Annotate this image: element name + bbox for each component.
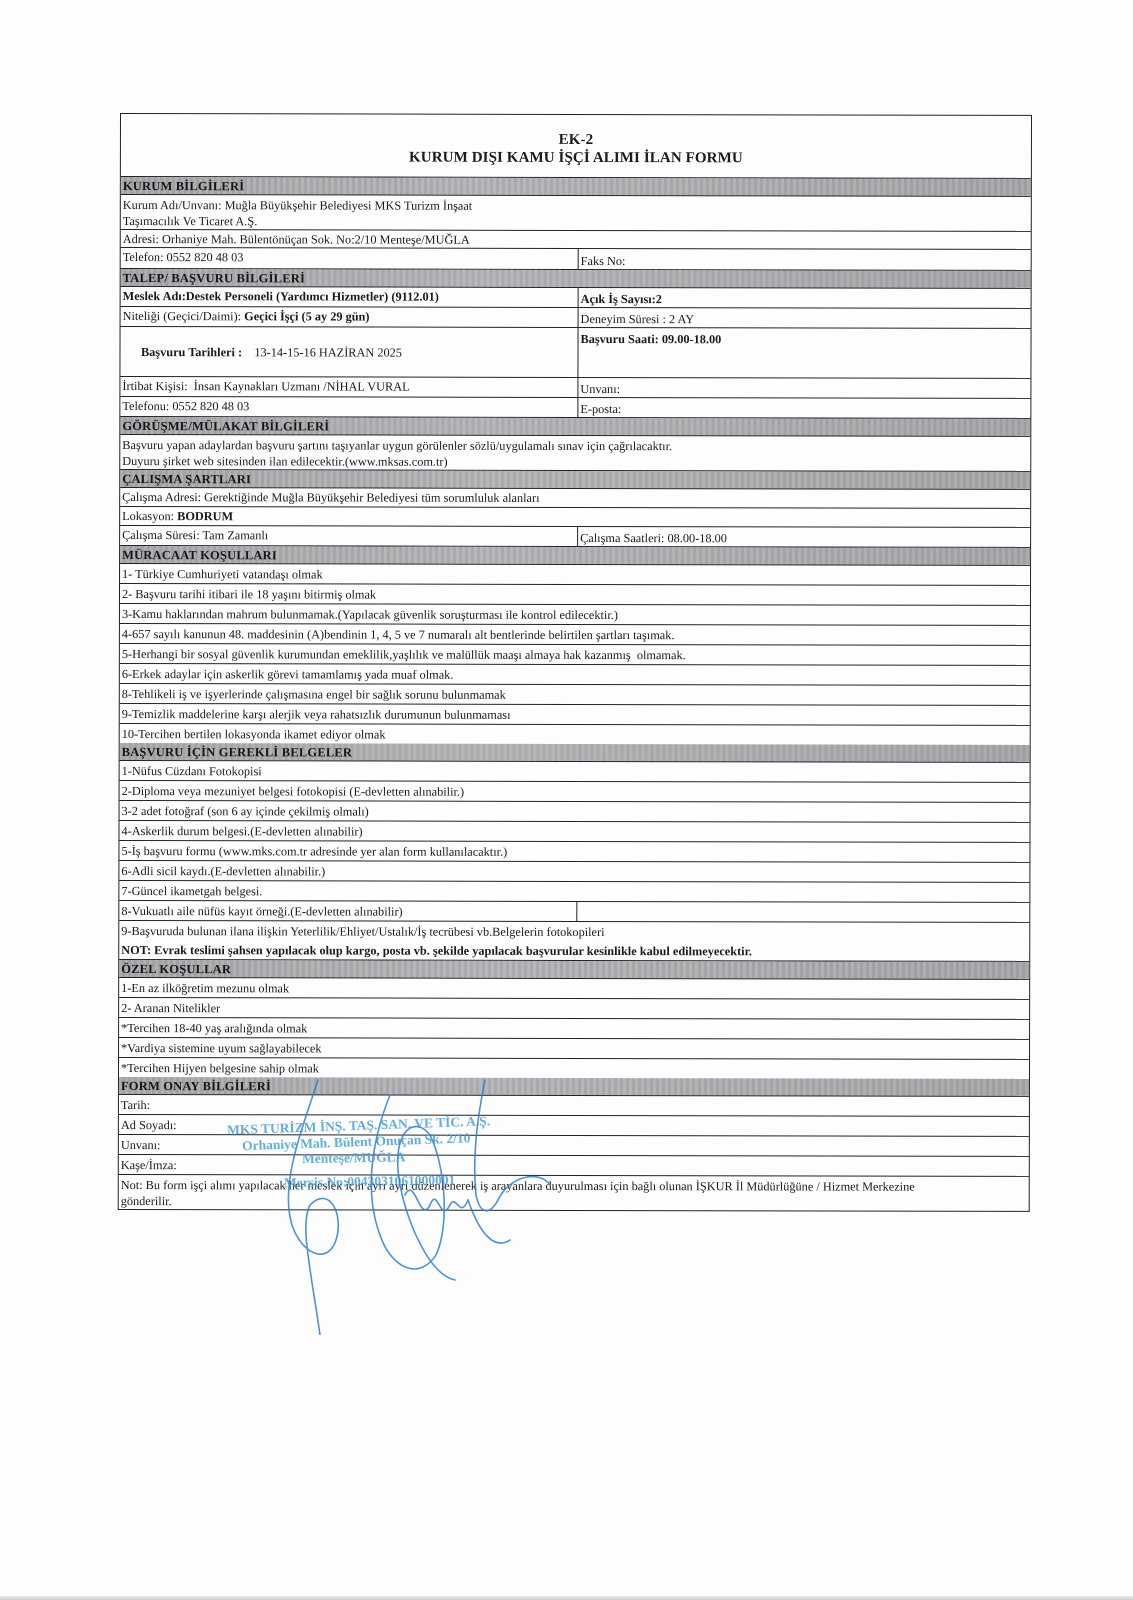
location-label: Lokasyon: — [122, 509, 177, 523]
list-item-text: 7-Güncel ikametgah belgesi. — [119, 881, 1029, 902]
talep-row: Telefonu: 0552 820 48 03 E-posta: — [120, 397, 1030, 419]
condition-row: 4-657 sayılı kanunun 48. maddesinin (A)b… — [120, 624, 1030, 646]
job-posting-form: EK-2 KURUM DIŞI KAMU İŞÇİ ALIMI İLAN FOR… — [118, 113, 1032, 1212]
condition-row: 9-Temizlik maddelerine karşı alerjik vey… — [120, 704, 1030, 726]
list-item-text: 6-Erkek adaylar için askerlik görevi tam… — [120, 664, 1030, 685]
section-title: MÜRACAAT KOŞULLARI — [120, 546, 1030, 565]
nature-value: Geçici İşçi (5 ay 29 gün) — [244, 309, 369, 323]
condition-row: 1- Türkiye Cumhuriyeti vatandaşı olmak — [120, 564, 1030, 586]
contact-email: E-posta: — [578, 398, 1030, 418]
approval-name-row: Ad Soyadı: — [119, 1115, 1029, 1137]
approval-name: Ad Soyadı: — [119, 1115, 1029, 1136]
documents-note: NOT: Evrak teslimi şahsen yapılacak olup… — [119, 940, 1029, 961]
section-title: BAŞVURU İÇİN GEREKLİ BELGELER — [120, 743, 1030, 762]
work-address-row: Çalışma Adresi: Gerektiğinde Muğla Büyük… — [120, 488, 1030, 509]
section-onay: FORM ONAY BİLGİLERİ — [119, 1077, 1029, 1097]
location-row: Lokasyon: BODRUM — [120, 507, 1030, 528]
list-item-text: 4-Askerlik durum belgesi.(E-devletten al… — [119, 821, 1029, 842]
work-time-row: Çalışma Süresi: Tam Zamanlı Çalışma Saat… — [120, 526, 1030, 548]
kurum-fax: Faks No: — [579, 249, 1031, 270]
work-duration: Çalışma Süresi: Tam Zamanlı — [120, 526, 578, 546]
special-condition-row: 1-En az ilköğretim mezunu olmak — [119, 978, 1029, 1000]
approval-seal-row: Kaşe/İmza: — [119, 1155, 1029, 1177]
application-dates-label: Başvuru Tarihleri : — [141, 345, 245, 359]
section-talep: TALEP/ BAŞVURU BİLGİLERİ — [121, 269, 1031, 289]
special-condition-row: *Tercihen 18-40 yaş aralığında olmak — [119, 1018, 1029, 1040]
section-kurum: KURUM BİLGİLERİ — [121, 177, 1031, 197]
list-item-text: 4-657 sayılı kanunun 48. maddesinin (A)b… — [120, 624, 1030, 645]
document-row: 5-İş başvuru formu (www.mks.com.tr adres… — [119, 841, 1029, 863]
list-item-text: *Tercihen Hijyen belgesine sahip olmak — [119, 1058, 1029, 1079]
kurum-name-line2: Taşımacılık Ve Ticaret A.Ş. — [123, 213, 1029, 231]
approval-footer-row: Not: Bu form işçi alımı yapılacak her me… — [119, 1175, 1029, 1211]
list-item-text: 1-En az ilköğretim mezunu olmak — [119, 978, 1029, 999]
list-item-text: 8-Vukuatlı aile nüfüs kayıt örneği.(E-de… — [119, 901, 577, 921]
document-row: 3-2 adet fotoğraf (son 6 ay içinde çekil… — [120, 801, 1030, 823]
contact-phone: Telefonu: 0552 820 48 03 — [120, 397, 578, 417]
document-row: 2-Diploma veya mezuniyet belgesi fotokop… — [120, 781, 1030, 803]
application-dates-value: 13-14-15-16 HAZİRAN 2025 — [245, 345, 402, 359]
scan-edge — [0, 1596, 1133, 1600]
approval-footer-line2: gönderilir. — [121, 1193, 1027, 1211]
section-title: KURUM BİLGİLERİ — [121, 177, 1031, 196]
list-item-text: 3-Kamu haklarından mahrum bulunmamak.(Ya… — [120, 604, 1030, 625]
interview-info-line2: Duyuru şirket web sitesinden ilan edilec… — [122, 453, 1028, 471]
contact-title: Unvanı: — [578, 378, 1030, 398]
application-hours: Başvuru Saati: 09.00-18.00 — [578, 328, 1030, 378]
location-value: BODRUM — [177, 509, 233, 523]
form-title-block: EK-2 KURUM DIŞI KAMU İŞÇİ ALIMI İLAN FOR… — [121, 114, 1031, 179]
document-row: 9-Başvuruda bulunan ilana ilişkin Yeterl… — [119, 921, 1029, 942]
special-conditions-list: 1-En az ilköğretim mezunu olmak2- Aranan… — [119, 978, 1029, 1079]
approval-title: Unvanı: — [119, 1135, 1029, 1156]
list-item-text: 6-Adli sicil kaydı.(E-devletten alınabil… — [119, 861, 1029, 882]
talep-row: Başvuru Tarihleri : 13-14-15-16 HAZİRAN … — [120, 327, 1030, 379]
required-documents-list: 1-Nüfus Cüzdanı Fotokopisi2-Diploma veya… — [119, 761, 1029, 942]
kurum-phone: Telefon: 0552 820 48 03 — [121, 248, 579, 269]
form-title: KURUM DIŞI KAMU İŞÇİ ALIMI İLAN FORMU — [121, 148, 1031, 168]
annex-label: EK-2 — [121, 130, 1031, 150]
condition-row: 2- Başvuru tarihi itibari ile 18 yaşını … — [120, 584, 1030, 606]
section-belgeler: BAŞVURU İÇİN GEREKLİ BELGELER — [120, 743, 1030, 763]
talep-row: İrtibat Kişisi: İnsan Kaynakları Uzmanı … — [120, 377, 1030, 399]
list-item-text: 5-Herhangi bir sosyal güvenlik kurumunda… — [120, 644, 1030, 665]
condition-row: 3-Kamu haklarından mahrum bulunmamak.(Ya… — [120, 604, 1030, 626]
document-row: 6-Adli sicil kaydı.(E-devletten alınabil… — [119, 861, 1029, 883]
work-hours: Çalışma Saatleri: 08.00-18.00 — [578, 527, 1030, 547]
condition-row: 6-Erkek adaylar için askerlik görevi tam… — [120, 664, 1030, 686]
nature-label: Niteliği (Geçici/Daimi): — [123, 309, 245, 323]
section-title: ÖZEL KOŞULLAR — [119, 960, 1029, 979]
list-item-text: 1-Nüfus Cüzdanı Fotokopisi — [120, 761, 1030, 782]
section-muracaat: MÜRACAAT KOŞULLARI — [120, 546, 1030, 566]
approval-seal: Kaşe/İmza: — [119, 1155, 1029, 1176]
document-row: 8-Vukuatlı aile nüfüs kayıt örneği.(E-de… — [119, 901, 1029, 923]
approval-footer-line1: Not: Bu form işçi alımı yapılacak her me… — [121, 1177, 1027, 1195]
experience-duration: Deneyim Süresi : 2 AY — [579, 308, 1031, 328]
document-row: 1-Nüfus Cüzdanı Fotokopisi — [120, 761, 1030, 783]
list-item-text: 1- Türkiye Cumhuriyeti vatandaşı olmak — [120, 564, 1030, 585]
work-address: Çalışma Adresi: Gerektiğinde Muğla Büyük… — [120, 488, 1030, 508]
documents-note-row: NOT: Evrak teslimi şahsen yapılacak olup… — [119, 940, 1029, 962]
document-row: 7-Güncel ikametgah belgesi. — [119, 881, 1029, 903]
list-item-text: 9-Temizlik maddelerine karşı alerjik vey… — [120, 704, 1030, 725]
approval-date: Tarih: — [119, 1095, 1029, 1116]
talep-row: Meslek Adı:Destek Personeli (Yardımcı Hi… — [121, 287, 1031, 309]
kurum-name-row: Kurum Adı/Unvanı: Muğla Büyükşehir Beled… — [121, 195, 1031, 232]
list-item-text: 9-Başvuruda bulunan ilana ilişkin Yeterl… — [119, 921, 1029, 942]
kurum-phone-row: Telefon: 0552 820 48 03 Faks No: — [121, 248, 1031, 271]
list-item-text: *Vardiya sistemine uyum sağlayabilecek — [119, 1038, 1029, 1059]
section-calisma: ÇALIŞMA ŞARTLARI — [120, 470, 1030, 490]
condition-row: 10-Tercihen bertilen lokasyonda ikamet e… — [120, 724, 1030, 745]
list-item-text: 2-Diploma veya mezuniyet belgesi fotokop… — [120, 781, 1030, 802]
section-gorusme: GÖRÜŞME/MÜLAKAT BİLGİLERİ — [120, 417, 1030, 437]
section-title: FORM ONAY BİLGİLERİ — [119, 1077, 1029, 1096]
special-condition-row: *Vardiya sistemine uyum sağlayabilecek — [119, 1038, 1029, 1060]
occupation-name: Meslek Adı:Destek Personeli (Yardımcı Hi… — [121, 287, 579, 307]
talep-row: Niteliği (Geçici/Daimi): Geçici İşçi (5 … — [121, 307, 1031, 329]
list-item-text: 10-Tercihen bertilen lokasyonda ikamet e… — [120, 724, 1030, 745]
list-item-text: 2- Başvuru tarihi itibari ile 18 yaşını … — [120, 584, 1030, 605]
open-positions: Açık İş Sayısı:2 — [579, 288, 1031, 308]
list-item-text: 2- Aranan Nitelikler — [119, 998, 1029, 1019]
approval-title-row: Unvanı: — [119, 1135, 1029, 1157]
interview-info-line1: Başvuru yapan adaylardan başvuru şartını… — [122, 437, 1028, 455]
approval-date-row: Tarih: — [119, 1095, 1029, 1117]
special-condition-row: *Tercihen Hijyen belgesine sahip olmak — [119, 1058, 1029, 1079]
kurum-name-line1: Kurum Adı/Unvanı: Muğla Büyükşehir Beled… — [123, 197, 1029, 215]
list-item-text: 3-2 adet fotoğraf (son 6 ay içinde çekil… — [120, 801, 1030, 822]
section-title: GÖRÜŞME/MÜLAKAT BİLGİLERİ — [120, 417, 1030, 436]
condition-row: 8-Tehlikeli iş ve işyerlerinde çalışması… — [120, 684, 1030, 706]
list-item-text: 5-İş başvuru formu (www.mks.com.tr adres… — [119, 841, 1029, 862]
section-ozel: ÖZEL KOŞULLAR — [119, 960, 1029, 980]
list-item-text: *Tercihen 18-40 yaş aralığında olmak — [119, 1018, 1029, 1039]
document-row: 4-Askerlik durum belgesi.(E-devletten al… — [119, 821, 1029, 843]
contact-person: İrtibat Kişisi: İnsan Kaynakları Uzmanı … — [120, 377, 578, 397]
kurum-address: Adresi: Orhaniye Mah. Bülentönüçan Sok. … — [121, 230, 1031, 249]
application-conditions-list: 1- Türkiye Cumhuriyeti vatandaşı olmak2-… — [120, 564, 1030, 745]
section-title: ÇALIŞMA ŞARTLARI — [120, 470, 1030, 489]
interview-info-row: Başvuru yapan adaylardan başvuru şartını… — [120, 435, 1030, 472]
empty-cell — [577, 902, 1029, 922]
special-condition-row: 2- Aranan Nitelikler — [119, 998, 1029, 1020]
condition-row: 5-Herhangi bir sosyal güvenlik kurumunda… — [120, 644, 1030, 666]
kurum-address-row: Adresi: Orhaniye Mah. Bülentönüçan Sok. … — [121, 230, 1031, 250]
section-title: TALEP/ BAŞVURU BİLGİLERİ — [121, 269, 1031, 288]
list-item-text: 8-Tehlikeli iş ve işyerlerinde çalışması… — [120, 684, 1030, 705]
